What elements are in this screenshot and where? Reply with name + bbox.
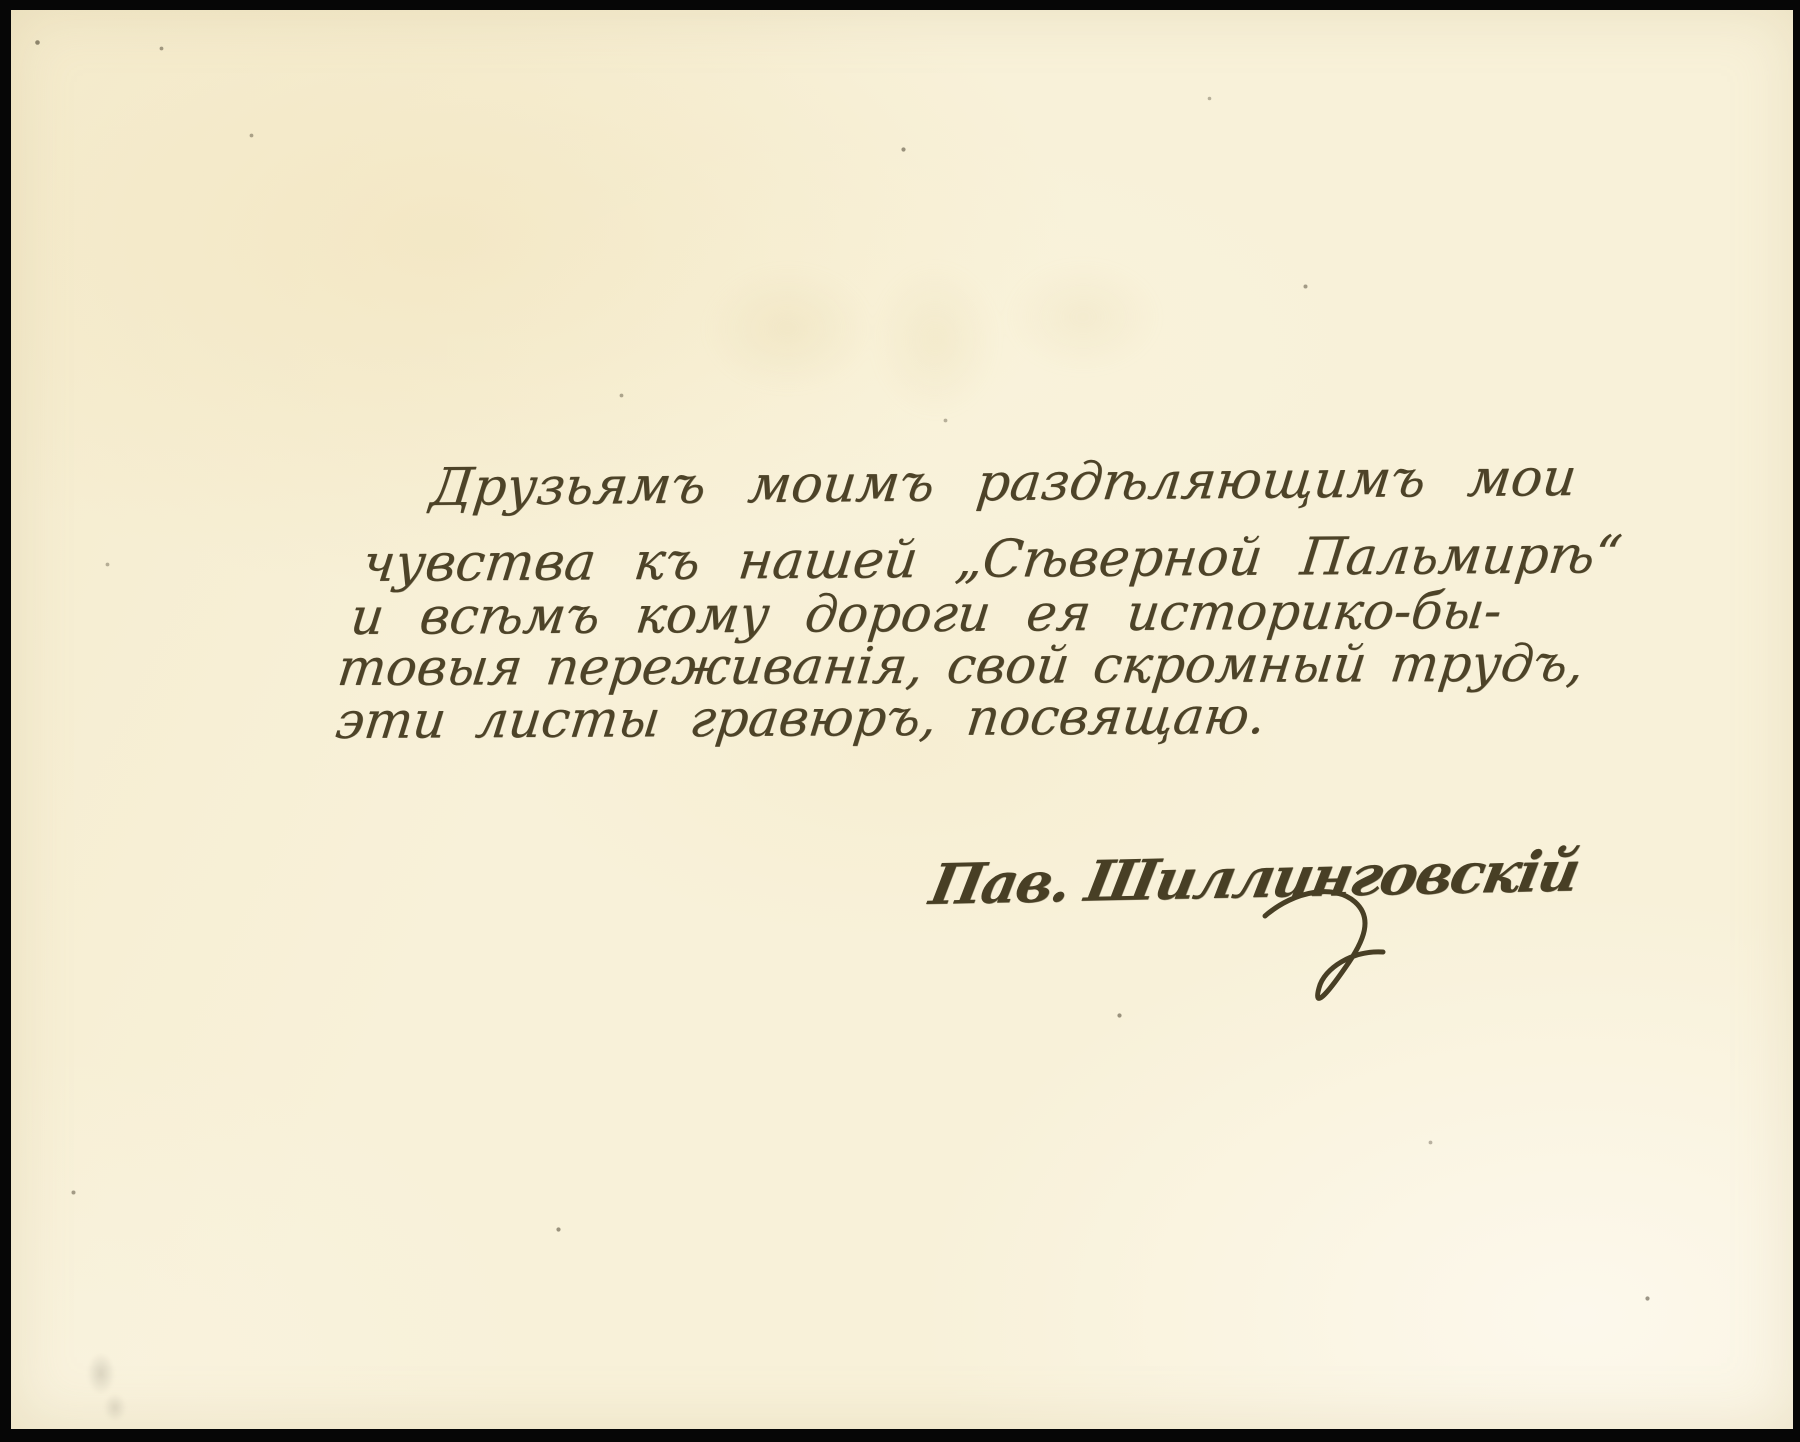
scanned-album-page: Друзьямъ моимъ раздѣляющимъ мои чувства …: [0, 0, 1800, 1442]
pencil-smudge: [73, 1348, 143, 1433]
reverse-side-show-through: [611, 225, 1201, 455]
paper-specks: [11, 10, 14, 13]
artist-signature: Пав. Шиллинговскій: [931, 852, 1575, 1022]
dedication-line-5: эти листы гравюръ, посвящаю.: [333, 691, 1268, 747]
signature-text: Пав. Шиллинговскій: [925, 839, 1584, 918]
dedication-line-2: чувства къ нашей „Сѣверной Пальмирѣ“: [360, 529, 1624, 590]
signature-flourish-stroke: [1261, 882, 1411, 1032]
dedication-line-3: и всѣмъ кому дороги ея историко-бы-: [348, 586, 1504, 643]
paper-sheet: Друзьямъ моимъ раздѣляющимъ мои чувства …: [11, 10, 1793, 1429]
dedication-line-4: товыя переживанія, свой скромный трудъ,: [335, 639, 1587, 694]
dedication-line-1: Друзьямъ моимъ раздѣляющимъ мои: [428, 452, 1579, 514]
